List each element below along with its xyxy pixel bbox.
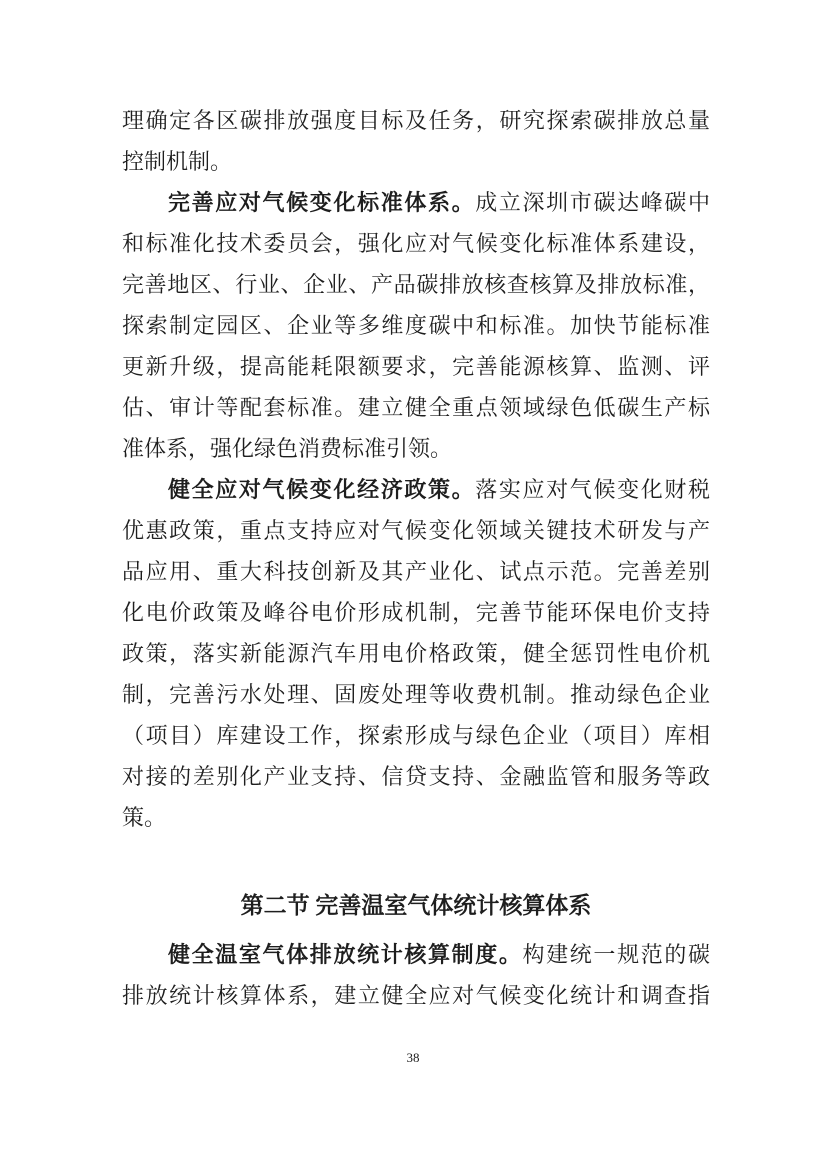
body-line: 准体系，强化绿色消费标准引领。: [122, 428, 710, 469]
body-line: 更新升级，提高能耗限额要求，完善能源核算、监测、评: [122, 346, 710, 387]
body-line: （项目）库建设工作，探索形成与绿色企业（项目）库相: [122, 715, 710, 756]
paragraph-bold-lead: 健全温室气体排放统计核算制度。: [168, 942, 523, 967]
body-text: 构建统一规范的碳: [523, 942, 710, 967]
section-heading: 第二节 完善温室气体统计核算体系: [122, 884, 710, 928]
body-line: 品应用、重大科技创新及其产业化、试点示范。完善差别: [122, 551, 710, 592]
body-line: 探索制定园区、企业等多维度碳中和标准。加快节能标准: [122, 305, 710, 346]
document-page: 理确定各区碳排放强度目标及任务，研究探索碳排放总量 控制机制。 完善应对气候变化…: [0, 0, 826, 1169]
body-line: 政策，落实新能源汽车用电价格政策，健全惩罚性电价机: [122, 633, 710, 674]
body-line: 完善地区、行业、企业、产品碳排放核查核算及排放标准，: [122, 264, 710, 305]
paragraph-bold-lead: 健全应对气候变化经济政策。: [168, 477, 475, 502]
body-line: 优惠政策，重点支持应对气候变化领域关键技术研发与产: [122, 510, 710, 551]
body-line: 制，完善污水处理、固废处理等收费机制。推动绿色企业: [122, 674, 710, 715]
paragraph-bold-lead: 完善应对气候变化标准体系。: [168, 190, 475, 215]
body-line: 策。: [122, 797, 710, 838]
body-line: 健全温室气体排放统计核算制度。构建统一规范的碳: [122, 934, 710, 975]
body-line: 化电价政策及峰谷电价形成机制，完善节能环保电价支持: [122, 592, 710, 633]
page-number: 38: [0, 1050, 826, 1066]
body-line: 完善应对气候变化标准体系。成立深圳市碳达峰碳中: [122, 182, 710, 223]
body-line: 估、审计等配套标准。建立健全重点领域绿色低碳生产标: [122, 387, 710, 428]
body-text: 落实应对气候变化财税: [475, 477, 710, 502]
body-line: 和标准化技术委员会，强化应对气候变化标准体系建设，: [122, 223, 710, 264]
body-line: 排放统计核算体系，建立健全应对气候变化统计和调查指: [122, 975, 710, 1016]
body-text: 成立深圳市碳达峰碳中: [475, 190, 710, 215]
text-column: 理确定各区碳排放强度目标及任务，研究探索碳排放总量 控制机制。 完善应对气候变化…: [122, 100, 710, 1016]
body-line: 健全应对气候变化经济政策。落实应对气候变化财税: [122, 469, 710, 510]
body-line: 对接的差别化产业支持、信贷支持、金融监管和服务等政: [122, 756, 710, 797]
body-line: 理确定各区碳排放强度目标及任务，研究探索碳排放总量: [122, 100, 710, 141]
body-line: 控制机制。: [122, 141, 710, 182]
